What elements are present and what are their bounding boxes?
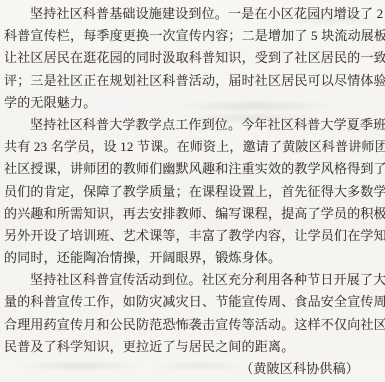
- text-line: 社区授课，讲师团的教师们幽默风趣和注重实效的教学风格得到了学: [4, 158, 381, 180]
- text-line: 量的科普宣传工作，如防灾减灾日、节能宣传周、食品安全宣传周、: [4, 291, 381, 313]
- document-body: 坚持社区科普基础设施建设到位。一是在小区花园内增设了 2 处科普宣传栏，每季度更…: [4, 3, 381, 358]
- text-line: 坚持社区科普基础设施建设到位。一是在小区花园内增设了 2 处: [4, 3, 381, 25]
- attribution-line: （黄陂区科协供稿）: [4, 358, 381, 380]
- text-line: 科普宣传栏，每季度更换一次宣传内容；二是增加了 5 块流动展板，: [4, 25, 381, 47]
- document-page: 坚持社区科普基础设施建设到位。一是在小区花园内增设了 2 处科普宣传栏，每季度更…: [0, 0, 385, 382]
- text-line: 评；三是社区正在规划社区科普活动，届时社区居民可以尽情体验科: [4, 70, 381, 92]
- text-line: 共有 23 名学员，设 12 节课。在师资上，邀请了黄陂区科普讲师团到: [4, 136, 381, 158]
- text-line: 坚持社区科普大学教学点工作到位。今年社区科普大学夏季班: [4, 114, 381, 136]
- text-line: 的同时，还能陶冶情操，开阔眼界，锻炼身体。: [4, 247, 381, 269]
- text-line: 的兴趣和所需知识，再去安排教师、编写课程，提高了学员的积极性。: [4, 203, 381, 225]
- text-line: 学的无限魅力。: [4, 92, 381, 114]
- text-line: 合理用药宣传月和公民防范恐怖袭击宣传等活动。这样不仅向社区居: [4, 314, 381, 336]
- text-line: 让社区居民在逛花园的同时汲取科普知识，受到了社区居民的一致好: [4, 47, 381, 69]
- text-line: 另外开设了培训班、艺术课等，丰富了教学内容，让学员们在学知识: [4, 225, 381, 247]
- text-line: 员们的肯定，保障了教学质量；在课程设置上，首先征得大多数学员: [4, 181, 381, 203]
- text-line: 民普及了科学知识，更拉近了与居民之间的距离。: [4, 336, 381, 358]
- text-line: 坚持社区科普宣传活动到位。社区充分利用各种节日开展了大: [4, 269, 381, 291]
